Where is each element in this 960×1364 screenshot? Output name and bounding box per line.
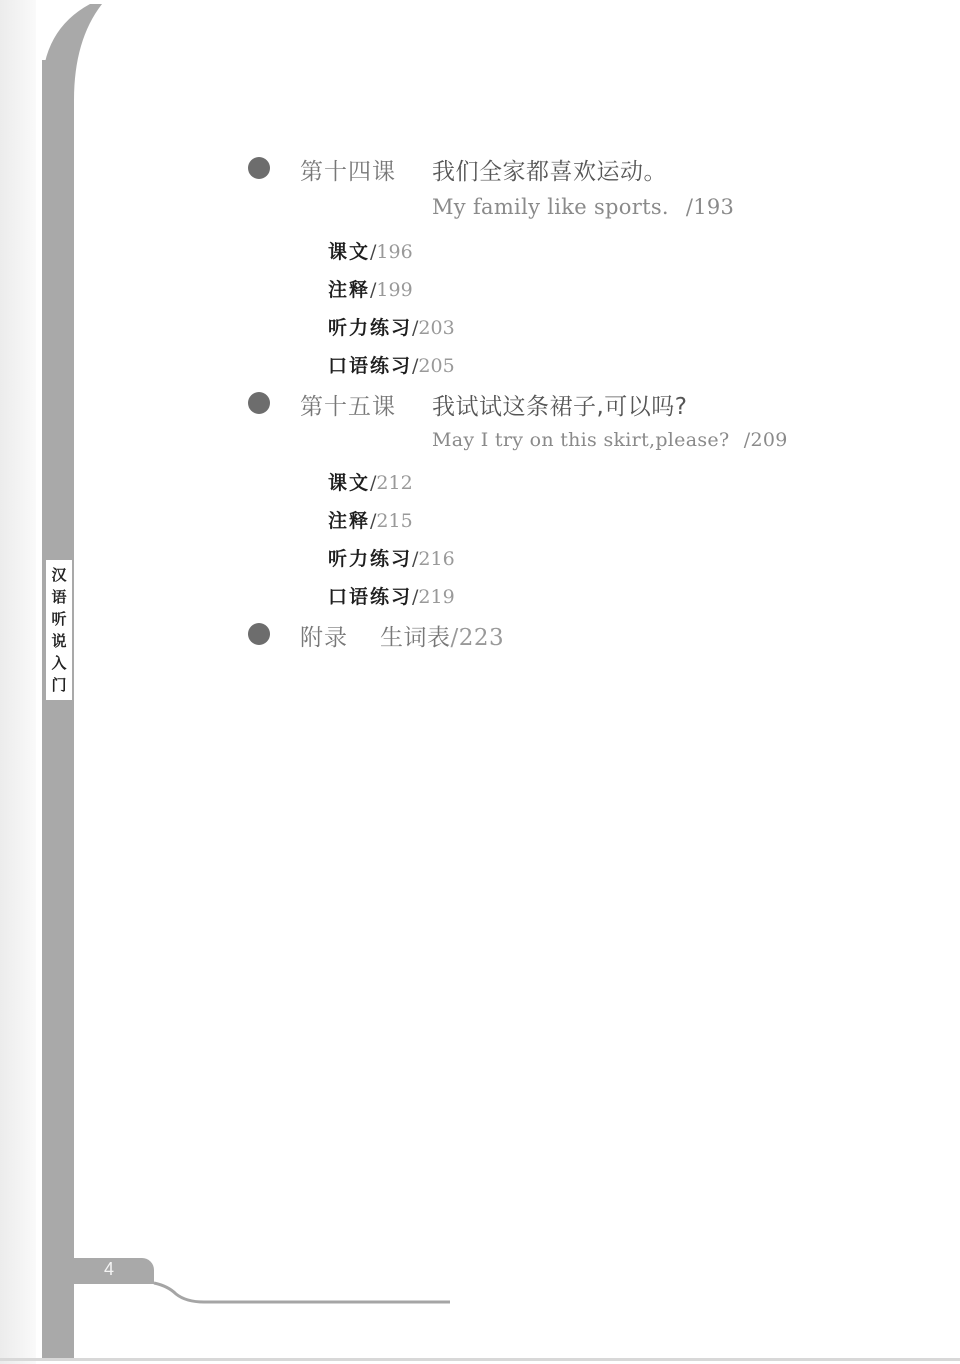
section-page: 196 xyxy=(376,241,412,263)
lesson-title-en-text: May I try on this skirt,please? xyxy=(432,429,729,451)
lesson-title-cn: 我试试这条裙子,可以吗? xyxy=(432,388,688,421)
spine-char: 说 xyxy=(51,634,66,649)
toc-section-text[interactable]: 课文/196 xyxy=(328,237,413,264)
appendix-title: 生词表/223 xyxy=(380,619,504,652)
section-label: 听力练习 xyxy=(328,548,412,570)
section-label: 课文 xyxy=(328,241,370,263)
lesson-page: /209 xyxy=(744,429,788,451)
section-page: 219 xyxy=(418,586,454,608)
page-bottom-edge xyxy=(0,1358,960,1361)
spine-char: 门 xyxy=(51,678,66,693)
toc-section-listening[interactable]: 听力练习/216 xyxy=(328,544,455,571)
toc-section-speaking[interactable]: 口语练习/205 xyxy=(328,351,455,378)
footer-rule-decoration xyxy=(150,1280,460,1310)
section-page: 205 xyxy=(418,355,454,377)
spine-book-title: 汉 语 听 说 入 门 xyxy=(46,560,72,700)
section-label: 口语练习 xyxy=(328,586,412,608)
section-page: 199 xyxy=(376,279,412,301)
lesson-title-en: My family like sports. /193 xyxy=(432,195,734,219)
page-number: 4 xyxy=(104,1259,114,1280)
section-label: 注释 xyxy=(328,510,370,532)
lesson-page: /193 xyxy=(686,195,734,219)
section-label: 口语练习 xyxy=(328,355,412,377)
section-label: 注释 xyxy=(328,279,370,301)
lesson-number: 第十四课 xyxy=(300,153,396,186)
section-page: 215 xyxy=(376,510,412,532)
section-page: 203 xyxy=(418,317,454,339)
appendix-page: /223 xyxy=(451,625,505,651)
lesson-title-en-text: My family like sports. xyxy=(432,195,669,219)
toc-section-speaking[interactable]: 口语练习/219 xyxy=(328,582,455,609)
appendix-title-text: 生词表 xyxy=(380,625,451,651)
toc-section-notes[interactable]: 注释/199 xyxy=(328,275,413,302)
spine-char: 语 xyxy=(51,590,66,605)
bullet-icon xyxy=(248,392,270,414)
toc-section-listening[interactable]: 听力练习/203 xyxy=(328,313,455,340)
bullet-icon xyxy=(248,157,270,179)
toc-section-notes[interactable]: 注释/215 xyxy=(328,506,413,533)
spine-bar xyxy=(42,60,74,1360)
lesson-title-cn: 我们全家都喜欢运动。 xyxy=(432,153,667,186)
section-label: 课文 xyxy=(328,472,370,494)
page-edge-shadow xyxy=(0,0,36,1364)
spine-char: 入 xyxy=(51,656,66,671)
lesson-number: 第十五课 xyxy=(300,388,396,421)
lesson-title-en: May I try on this skirt,please? /209 xyxy=(432,429,788,451)
spine-char: 听 xyxy=(51,612,66,627)
section-label: 听力练习 xyxy=(328,317,412,339)
toc-section-text[interactable]: 课文/212 xyxy=(328,468,413,495)
appendix-label: 附录 xyxy=(300,619,348,652)
spine-char: 汉 xyxy=(51,568,66,583)
section-page: 212 xyxy=(376,472,412,494)
section-page: 216 xyxy=(418,548,454,570)
bullet-icon xyxy=(248,623,270,645)
